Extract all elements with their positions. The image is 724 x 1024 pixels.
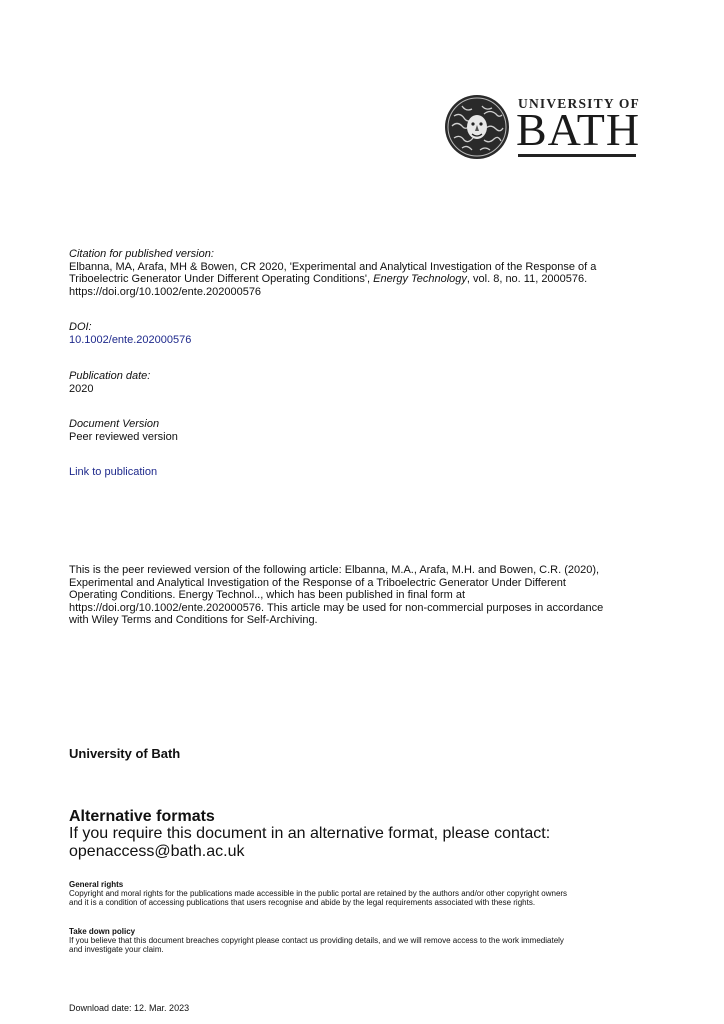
general-rights-block: General rights Copyright and moral right… <box>69 880 689 907</box>
publication-date-value: 2020 <box>69 383 150 396</box>
download-date: Download date: 12. Mar. 2023 <box>69 1003 189 1013</box>
document-version-label: Document Version <box>69 418 178 431</box>
logo-underline <box>518 154 636 157</box>
doi-block: DOI: 10.1002/ente.202000576 <box>69 321 191 346</box>
citation-volume: , vol. 8, no. 11, 2000576. <box>467 273 587 285</box>
link-to-publication[interactable]: Link to publication <box>69 466 157 479</box>
general-rights-line: Copyright and moral rights for the publi… <box>69 889 689 898</box>
alternative-formats-title: Alternative formats <box>69 808 550 825</box>
take-down-policy-line: If you believe that this document breach… <box>69 936 689 945</box>
notice-line: Operating Conditions. Energy Technol.., … <box>69 589 689 602</box>
citation-journal: Energy Technology <box>373 273 467 285</box>
take-down-policy-block: Take down policy If you believe that thi… <box>69 927 689 954</box>
citation-line-2: Triboelectric Generator Under Different … <box>69 273 669 286</box>
document-version-value: Peer reviewed version <box>69 431 178 444</box>
general-rights-title: General rights <box>69 880 689 889</box>
university-of-bath-logo: UNIVERSITY OF BATH <box>444 92 636 162</box>
citation-line-1: Elbanna, MA, Arafa, MH & Bowen, CR 2020,… <box>69 261 669 274</box>
notice-line: This is the peer reviewed version of the… <box>69 564 689 577</box>
notice-line: with Wiley Terms and Conditions for Self… <box>69 614 689 627</box>
take-down-policy-title: Take down policy <box>69 927 689 936</box>
institution-name: University of Bath <box>69 746 180 761</box>
citation-title-end: Triboelectric Generator Under Different … <box>69 273 373 285</box>
alternative-formats-email[interactable]: openaccess@bath.ac.uk <box>69 843 550 861</box>
general-rights-line: and it is a condition of accessing publi… <box>69 898 689 907</box>
logo-main-text: BATH <box>516 104 640 156</box>
doi-label: DOI: <box>69 321 191 334</box>
alternative-formats-body: If you require this document in an alter… <box>69 825 550 843</box>
notice-line: https://doi.org/10.1002/ente.202000576. … <box>69 602 689 615</box>
alternative-formats-block: Alternative formats If you require this … <box>69 808 550 861</box>
document-version-block: Document Version Peer reviewed version <box>69 418 178 443</box>
publication-date-label: Publication date: <box>69 370 150 383</box>
citation-label: Citation for published version: <box>69 248 669 261</box>
citation-block: Citation for published version: Elbanna,… <box>69 248 669 298</box>
take-down-policy-line: and investigate your claim. <box>69 945 689 954</box>
doi-link[interactable]: 10.1002/ente.202000576 <box>69 334 191 347</box>
citation-doi-url: https://doi.org/10.1002/ente.202000576 <box>69 286 669 299</box>
peer-review-notice: This is the peer reviewed version of the… <box>69 564 689 627</box>
publication-date-block: Publication date: 2020 <box>69 370 150 395</box>
notice-line: Experimental and Analytical Investigatio… <box>69 577 689 590</box>
university-seal-icon <box>444 94 510 160</box>
